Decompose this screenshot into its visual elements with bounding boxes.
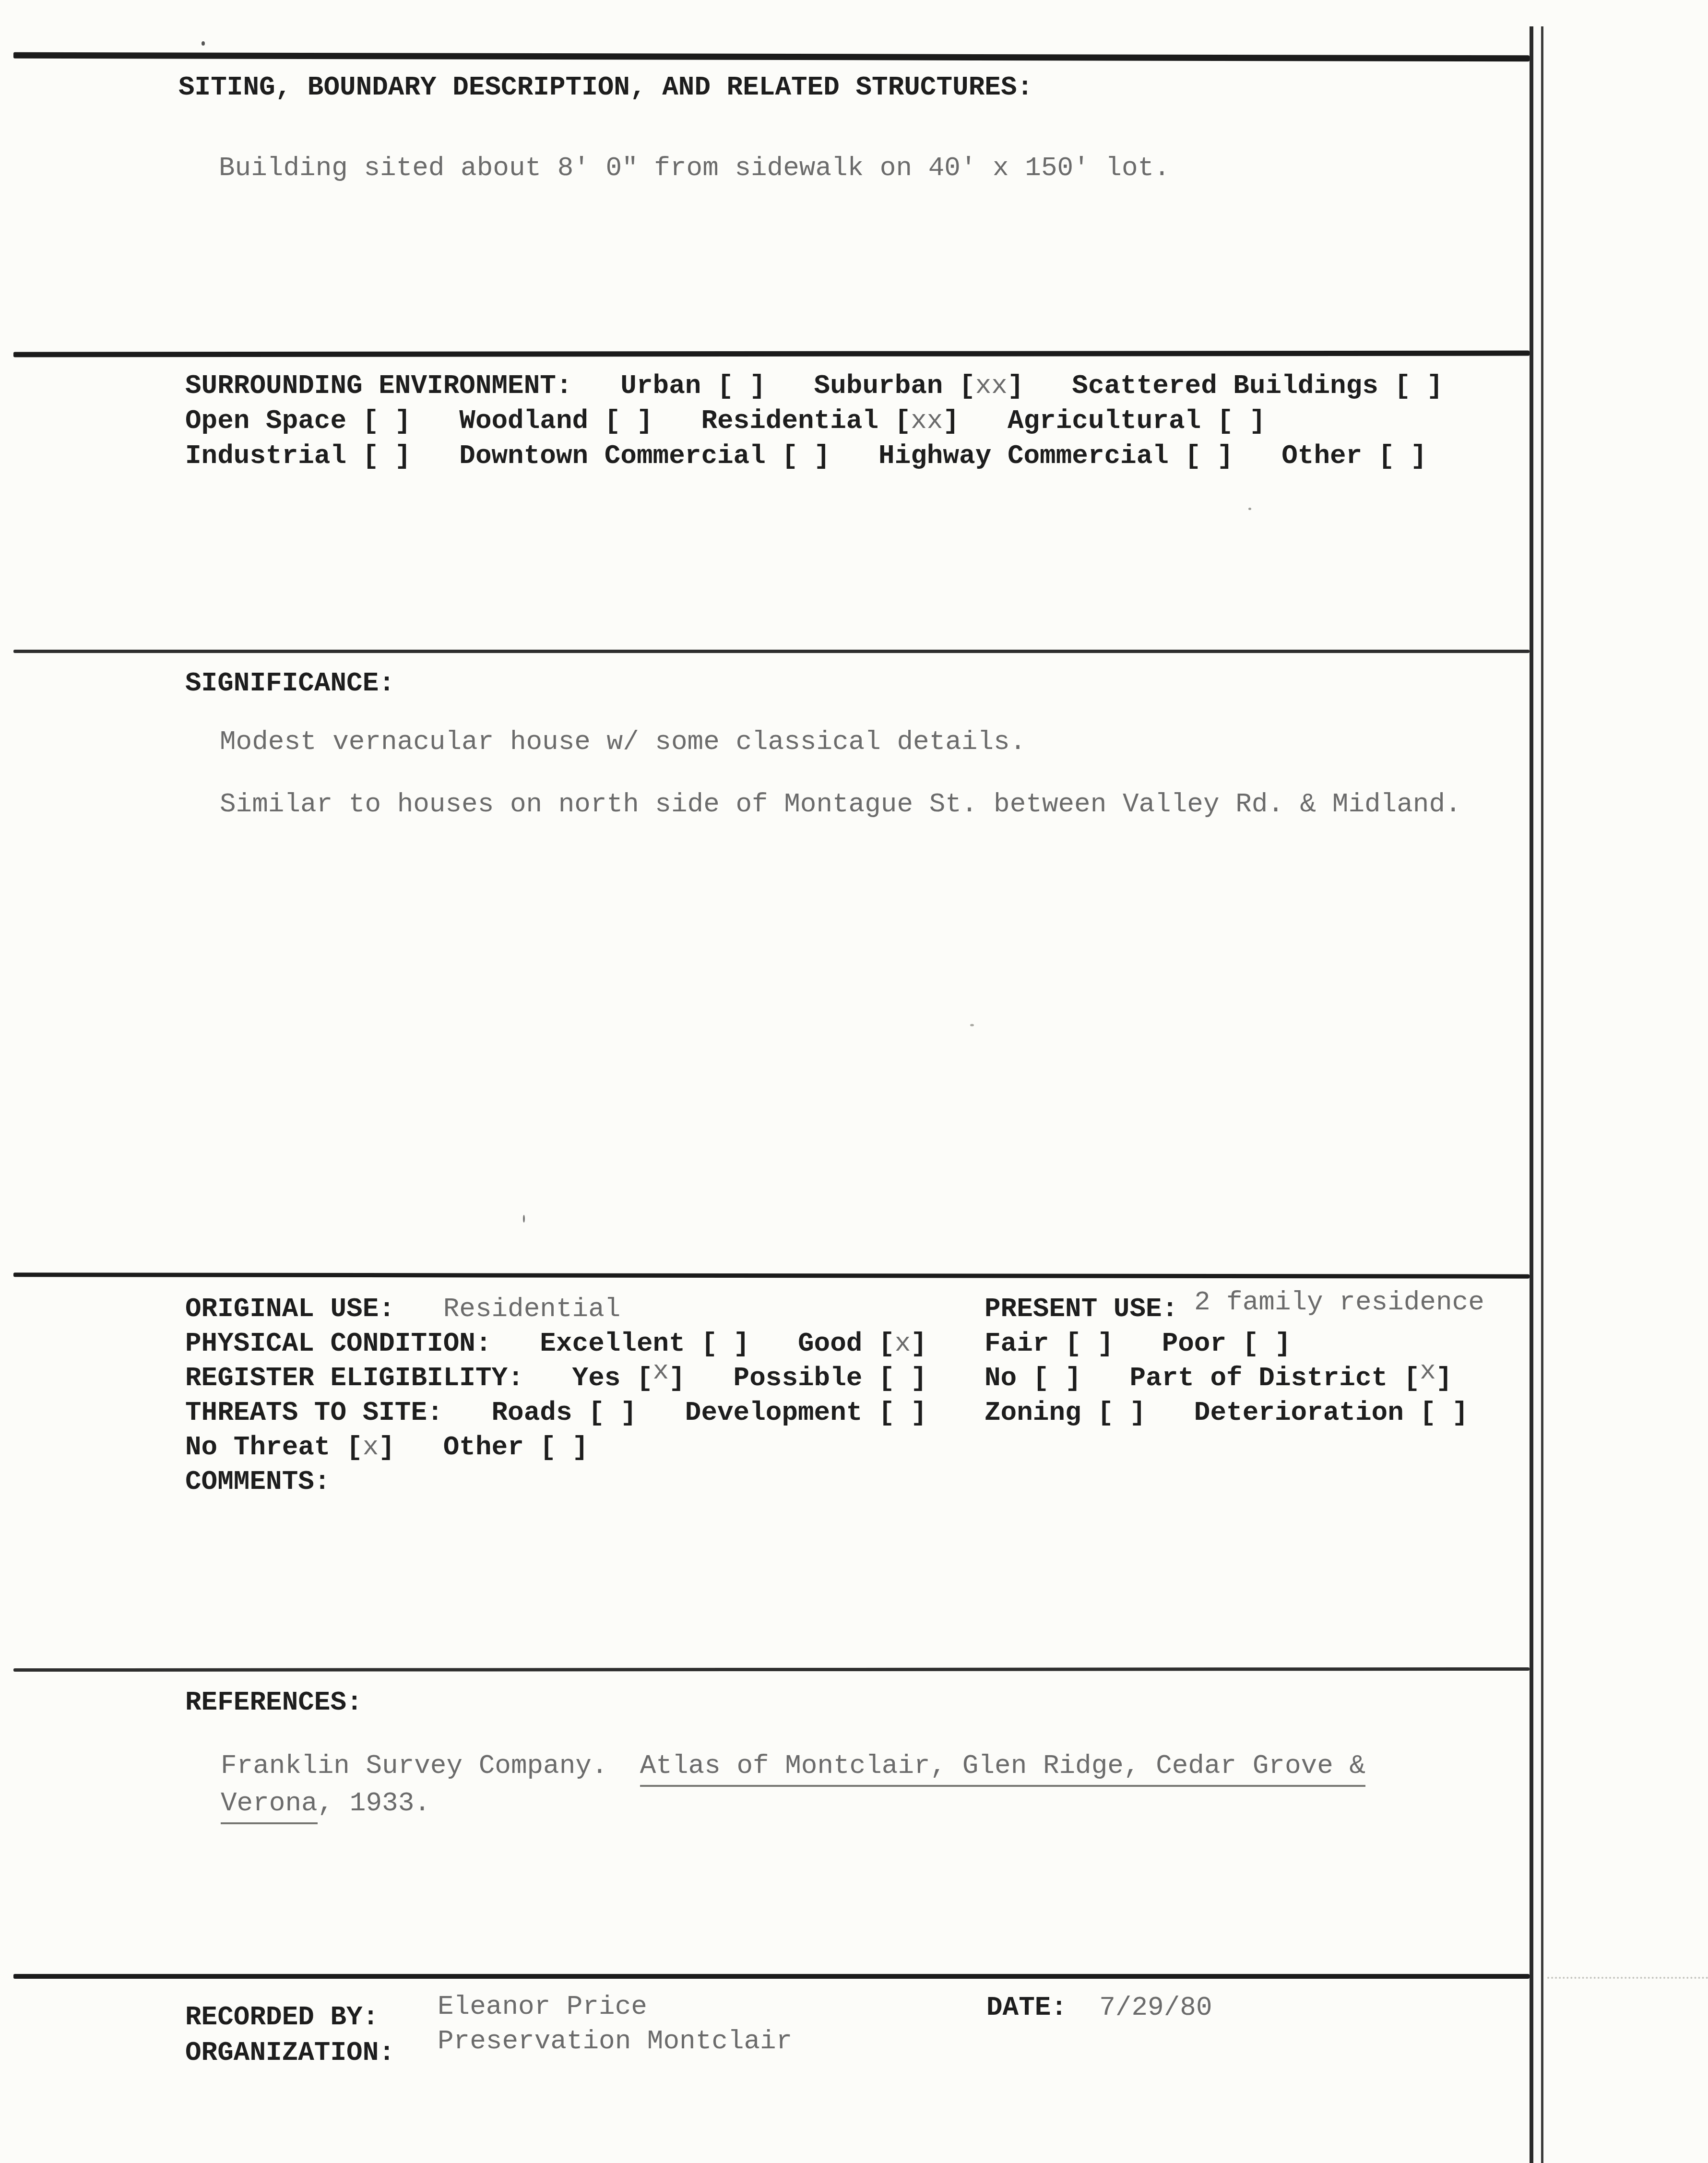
original-use-row: ORIGINAL USE: Residential [185,1294,620,1324]
section-divider [13,650,1530,653]
threats-row-right: Zoning [ ] Deterioration [ ] [984,1397,1468,1428]
register-eligibility-row-right: No [ ] Part of District [x] [984,1363,1452,1393]
section-divider [13,351,1530,357]
threats-row: THREATS TO SITE: Roads [ ] Development [… [185,1397,927,1428]
section-divider [13,1272,1530,1278]
page-edge-vertical-line [1530,26,1533,2163]
recorded-by-value: Eleanor Price [438,1991,647,2022]
no-threat-row: No Threat [x] Other [ ] [185,1432,588,1462]
date-row: DATE: 7/29/80 [986,1992,1212,2023]
organization-value: Preservation Montclair [438,2026,792,2056]
register-eligibility-row: REGISTER ELIGIBILITY: Yes [x] Possible [… [185,1363,927,1393]
scan-speck [523,1215,525,1223]
significance-entry-2: Similar to houses on north side of Monta… [220,789,1461,820]
environment-line-3: Industrial [ ] Downtown Commercial [ ] H… [185,440,1427,471]
scan-speck [202,41,205,46]
faint-dotted-line [1547,1977,1708,1979]
page-edge-vertical-line [1541,26,1543,2163]
section-divider [13,1974,1530,1979]
section-divider [13,52,1530,62]
environment-line-1: SURROUNDING ENVIRONMENT: Urban [ ] Subur… [185,370,1443,401]
siting-section-heading: SITING, BOUNDARY DESCRIPTION, AND RELATE… [178,72,1033,103]
scan-speck [1248,508,1251,510]
significance-section-heading: SIGNIFICANCE: [185,668,395,699]
physical-condition-row-right: Fair [ ] Poor [ ] [984,1328,1291,1359]
present-use-row: PRESENT USE: 2 family residence [984,1294,1484,1324]
reference-citation-line-1: Franklin Survey Company. Atlas of Montcl… [221,1750,1365,1781]
scan-speck [970,1024,974,1026]
references-section-heading: REFERENCES: [185,1687,363,1718]
reference-citation-line-2: Verona, 1933. [221,1788,430,1818]
physical-condition-row: PHYSICAL CONDITION: Excellent [ ] Good [… [185,1328,927,1359]
siting-entry-text: Building sited about 8' 0" from sidewalk… [219,153,1170,183]
organization-label: ORGANIZATION: [185,2037,395,2068]
environment-line-2: Open Space [ ] Woodland [ ] Residential … [185,405,1266,436]
section-divider [13,1667,1530,1672]
scanned-survey-form-page: SITING, BOUNDARY DESCRIPTION, AND RELATE… [0,0,1708,2163]
recorded-by-label: RECORDED BY: [185,2002,379,2032]
significance-entry-1: Modest vernacular house w/ some classica… [220,726,1026,757]
comments-label: COMMENTS: [185,1466,330,1497]
